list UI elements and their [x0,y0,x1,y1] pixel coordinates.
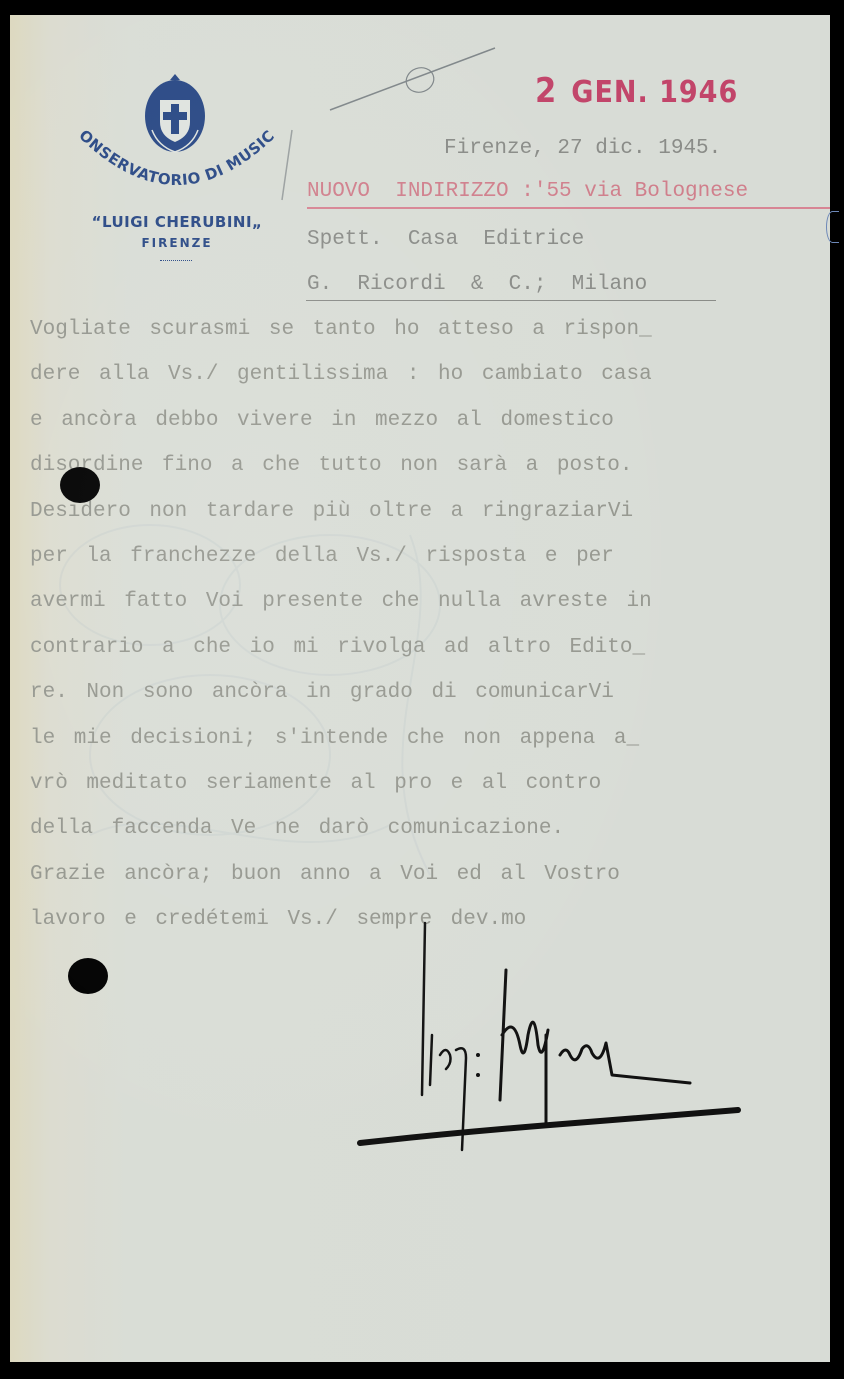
body-line: dere alla Vs./ gentilissima : ho cambiat… [30,352,830,397]
handwritten-signature [350,915,750,1175]
body-line: lavoro e credétemi Vs./ sempre dev.mo [30,897,830,942]
body-line: disordine fino a che tutto non sarà a po… [30,443,830,488]
new-address-line: NUOVO INDIRIZZO :'55 via Bolognese [307,180,748,203]
body-line: Vogliate scurasmi se tanto ho atteso a r… [30,307,830,352]
body-line: avermi fatto Voi presente che nulla avre… [30,579,830,624]
body-line: della faccenda Ve ne darò comunicazione. [30,806,830,851]
institution-city: FIRENZE [72,236,282,250]
letter-body: Vogliate scurasmi se tanto ho atteso a r… [30,307,830,942]
body-line: Grazie ancòra; buon anno a Voi ed al Vos… [30,852,830,897]
margin-bracket-mark [826,211,839,243]
recipient-underline [306,300,716,301]
received-date-stamp: 2GEN. 1946 [535,71,738,111]
punch-hole [68,958,108,994]
recipient-line-2: G. Ricordi & C.; Milano [307,273,647,296]
stamp-month-year: GEN. 1946 [571,75,738,110]
body-line: contrario a che io mi rivolga ad altro E… [30,625,830,670]
letter-date: Firenze, 27 dic. 1945. [444,137,721,160]
body-line: e ancòra debbo vivere in mezzo al domest… [30,398,830,443]
svg-text:CONSERVATORIO DI MUSICA: CONSERVATORIO DI MUSICA [72,120,278,189]
punch-hole [60,467,100,503]
new-address-underline [307,207,830,209]
body-line: le mie decisioni; s'intende che non appe… [30,716,830,761]
body-line: per la franchezze della Vs./ risposta e … [30,534,830,579]
letter-page: CONSERVATORIO DI MUSICA “LUIGI CHERUBINI… [10,15,830,1362]
institution-arc-text: CONSERVATORIO DI MUSICA [72,120,282,200]
letterhead-divider [160,260,192,263]
paper-watermark [30,495,490,915]
body-line: Desidero non tardare più oltre a ringraz… [30,489,830,534]
recipient-line-1: Spett. Casa Editrice [307,228,584,251]
body-line: re. Non sono ancòra in grado di comunica… [30,670,830,715]
institution-name: “LUIGI CHERUBINI„ [72,213,282,231]
pencil-check-mark [270,40,510,210]
body-line: vrò meditato seriamente al pro e al cont… [30,761,830,806]
stamp-day: 2 [535,71,557,111]
savoy-crest-icon [140,70,210,160]
